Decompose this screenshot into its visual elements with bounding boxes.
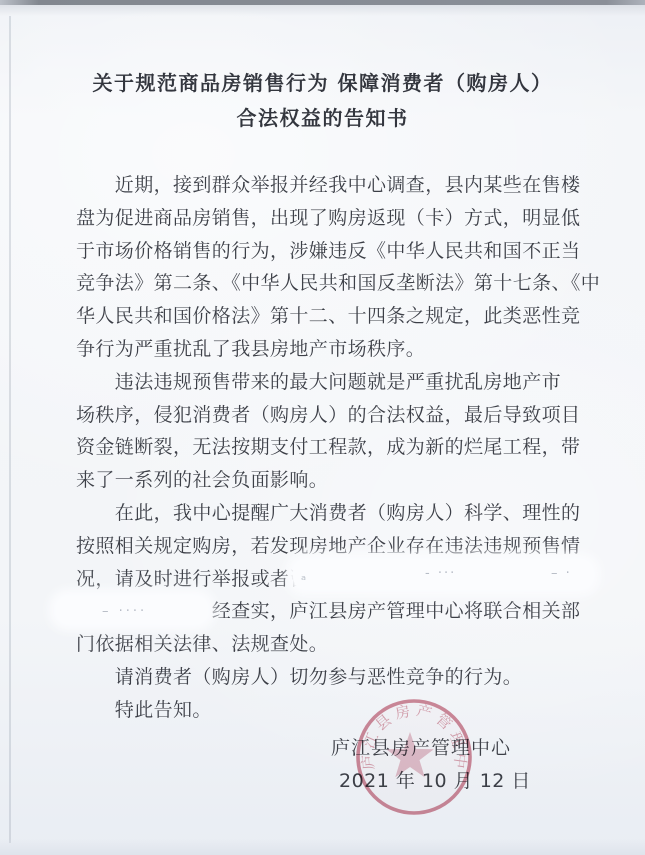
paragraph-closing: 特此告知。 [76, 694, 588, 727]
paragraph-report-findings: 近期，接到群众举报并经我中心调查，县内某些在售楼盘为促进商品房销售，出现了购房返… [76, 169, 588, 366]
text-line: 盘为促进商品房销售，出现了购房返现（卡）方式，明显低 [76, 202, 588, 235]
paper-left-edge [9, 16, 11, 843]
redaction-trace: ₐ [301, 569, 306, 584]
text-line: 资金链断裂，无法按期支付工程款，成为新的烂尾工程，带 [76, 431, 588, 464]
notice-body: 近期，接到群众举报并经我中心调查，县内某些在售楼盘为促进商品房销售，出现了购房返… [76, 169, 588, 727]
paragraph-warning: 请消费者（购房人）切勿参与恶性竞争的行为。 [76, 661, 588, 694]
official-seal-stamp: 庐江县房产管理中心 [352, 697, 476, 819]
text-line: 竞争法》第二条、《中华人民共和国反垄断法》第十七条、《中 [76, 267, 588, 300]
text-line: 违法违规预售带来的最大问题就是严重扰乱房地产市 [76, 366, 588, 399]
notice-title: 关于规范商品房销售行为 保障消费者（购房人） 合法权益的告知书 [0, 66, 645, 136]
text-line: 在此，我中心提醒广大消费者（购房人）科学、理性的 [76, 497, 588, 530]
notice-title-line-1: 关于规范商品房销售行为 保障消费者（购房人） [0, 66, 645, 101]
text-line: 近期，接到群众举报并经我中心调查，县内某些在售楼 [76, 169, 588, 202]
text-line: 按照相关规定购房，若发现房地产企业存在违法违规预售情 [76, 530, 588, 563]
redaction-trace: – ···· [102, 604, 147, 619]
text-line: 争行为严重扰乱了我县房地产市场秩序。 [76, 333, 588, 366]
redaction-trace: – · [551, 566, 572, 581]
notice-title-line-2: 合法权益的告知书 [0, 101, 645, 136]
text-line: 于市场价格销售的行为，涉嫌违反《中华人民共和国不正当 [76, 235, 588, 268]
scanned-notice-page: 关于规范商品房销售行为 保障消费者（购房人） 合法权益的告知书 近期，接到群众举… [0, 0, 645, 855]
redaction-smudge-line-start: – ···· [56, 596, 208, 624]
text-line: 请消费者（购房人）切勿参与恶性竞争的行为。 [76, 661, 588, 694]
text-line: 特此告知。 [76, 694, 588, 727]
redaction-trace: - ··· [425, 566, 456, 581]
text-line: 华人民共和国价格法》第十二、十四条之规定，此类恶性竞 [76, 300, 588, 333]
scan-bottom-edge [0, 839, 645, 855]
redaction-smudge-phone: ₐ - ··· – · [293, 560, 593, 589]
paragraph-illegal-presale-harm: 违法违规预售带来的最大问题就是严重扰乱房地产市场秩序，侵犯消费者（购房人）的合法… [76, 366, 588, 497]
text-line: 来了一系列的社会负面影响。 [76, 464, 588, 497]
scan-top-edge-shadow [0, 5, 645, 16]
text-line: 场秩序，侵犯消费者（购房人）的合法权益，最后导致项目 [76, 399, 588, 432]
text-line: 门依据相关法律、法规查处。 [76, 628, 588, 661]
